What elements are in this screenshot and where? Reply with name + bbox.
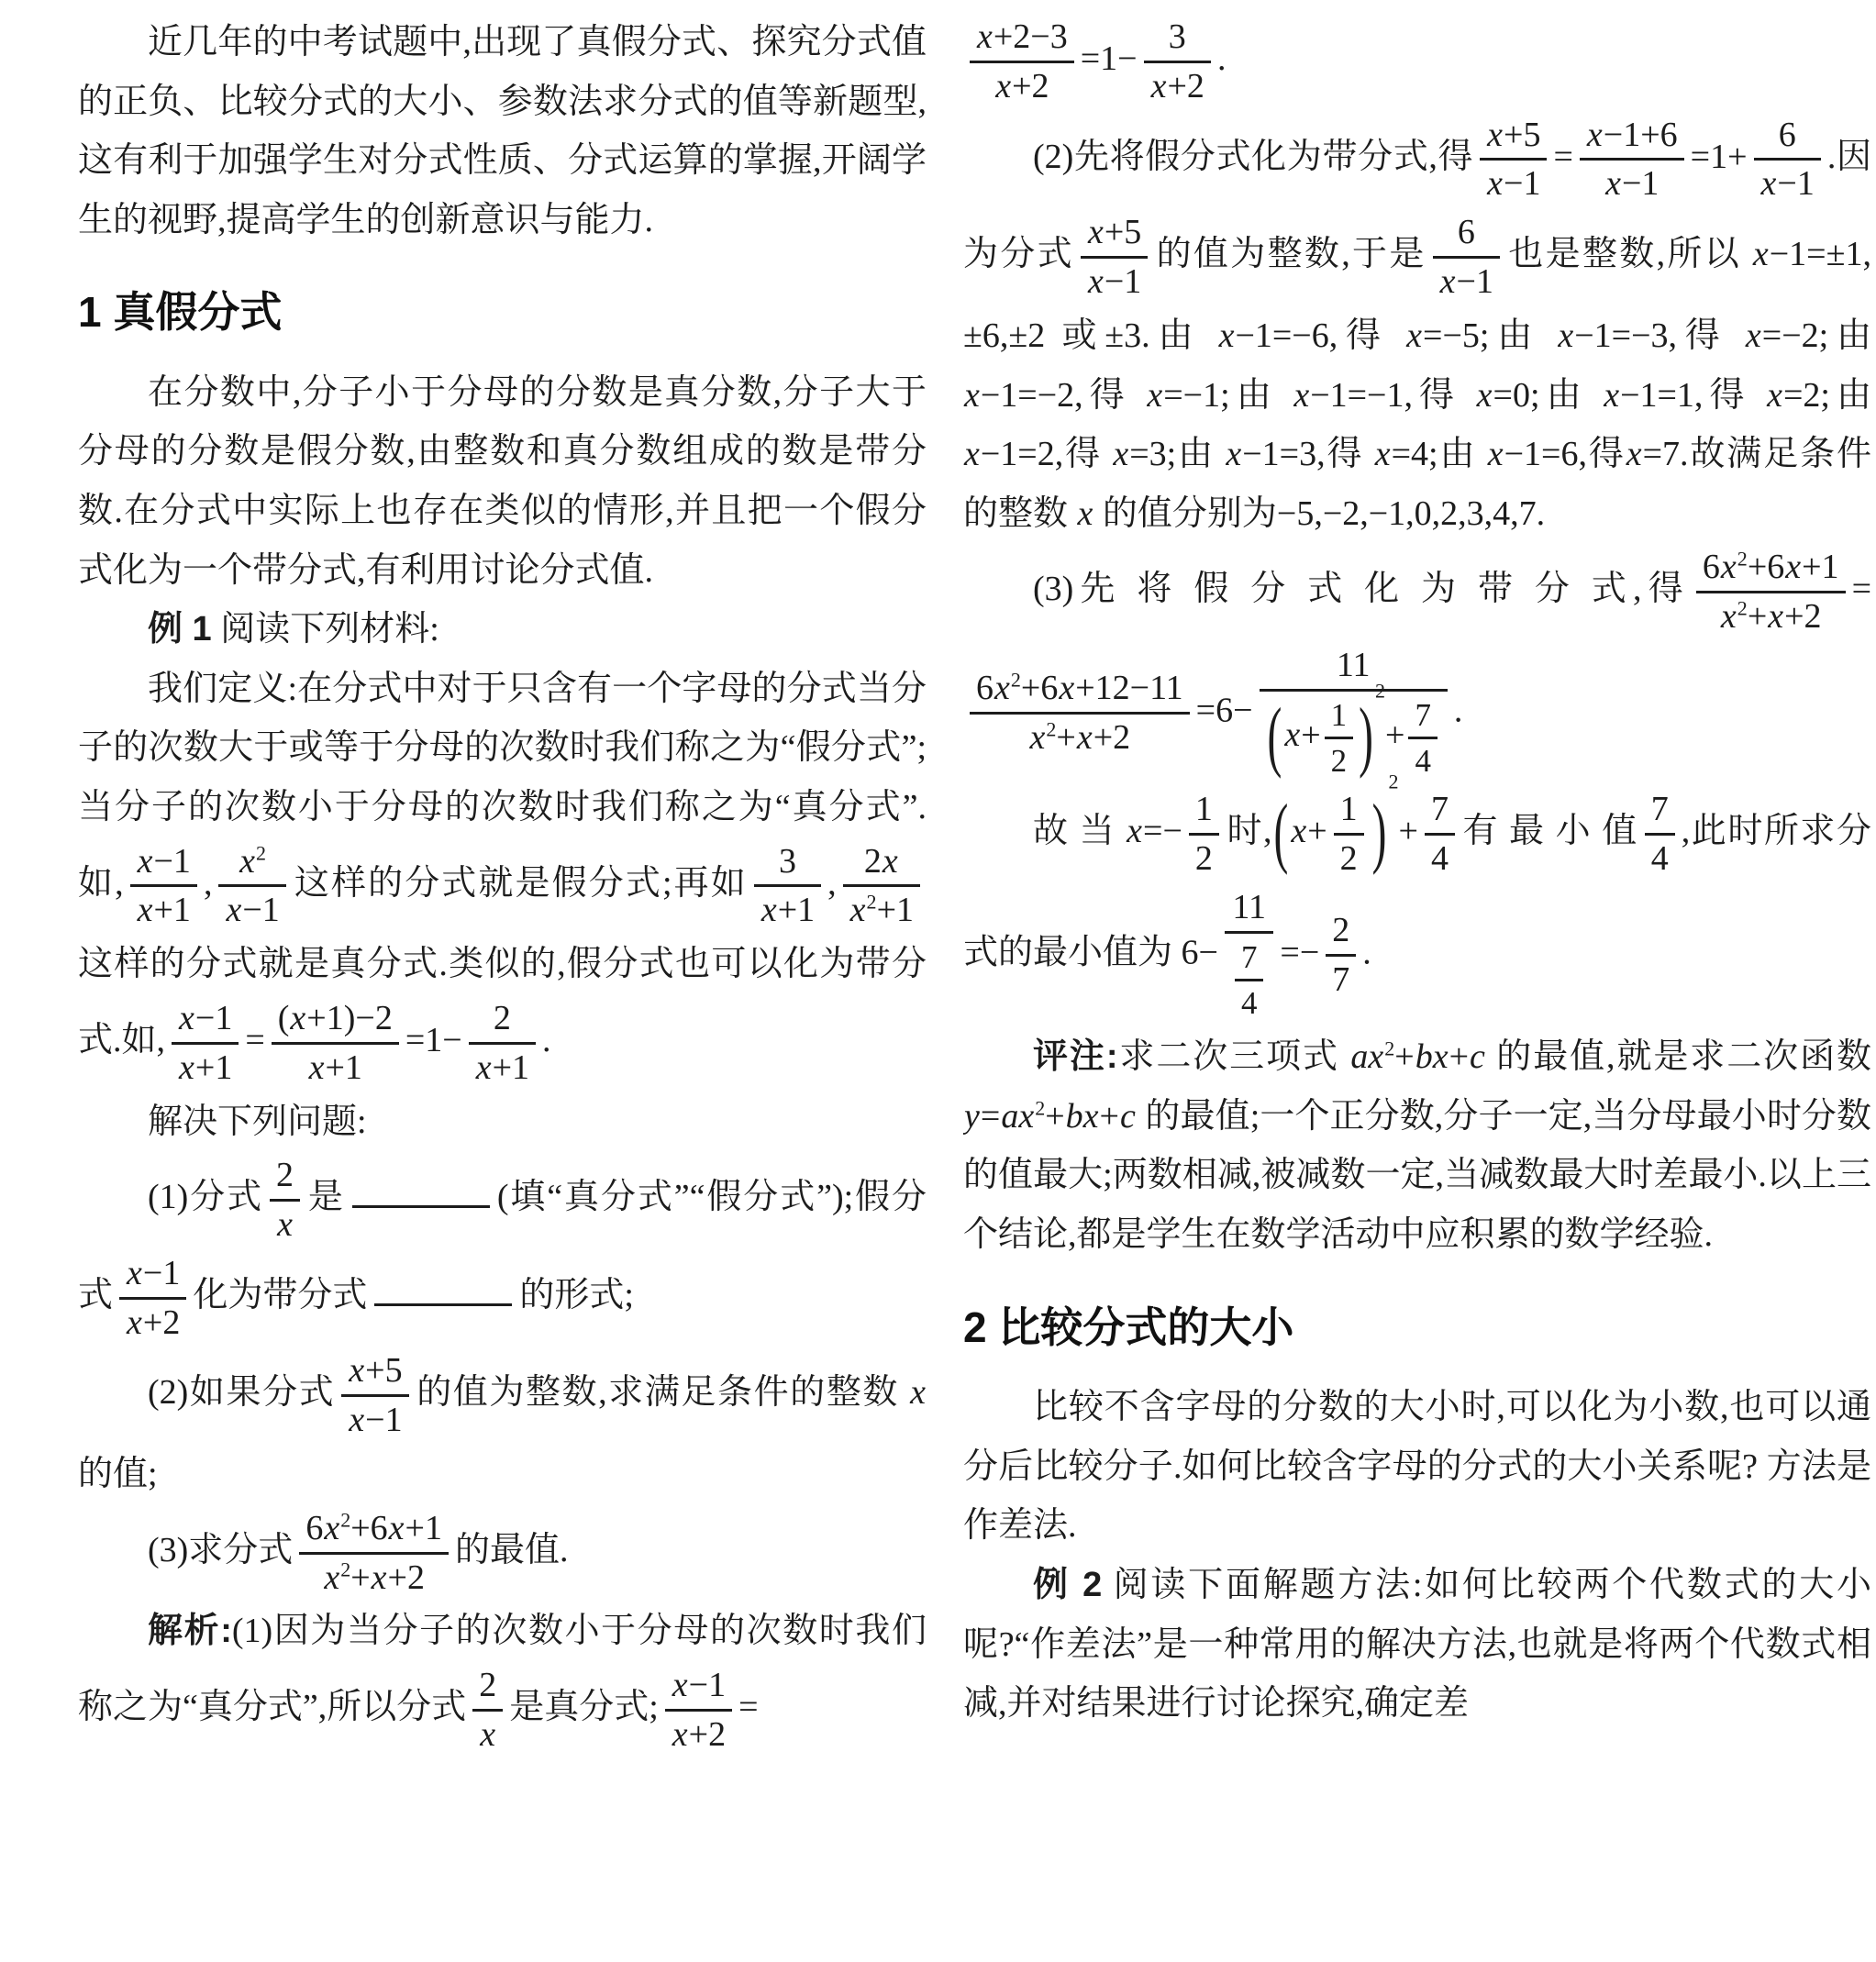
denominator: 4 <box>1645 836 1675 880</box>
fraction: 2x+1 <box>469 998 536 1089</box>
text-run: 3 <box>1169 17 1186 56</box>
denominator: (x+12)2+74 <box>1260 692 1448 781</box>
text-run: = <box>738 1688 758 1726</box>
math-variable: x <box>137 891 154 929</box>
math-variable: x <box>1486 164 1504 203</box>
numerator: 11 <box>1260 645 1448 692</box>
denominator: x2+x+2 <box>970 715 1190 759</box>
math-variable: ax <box>1349 1037 1384 1076</box>
text-run: 是真分式; <box>509 1688 659 1726</box>
fraction: 74 <box>1235 938 1263 1022</box>
text-run: 故 当 <box>1033 812 1126 850</box>
math-variable: x <box>225 891 242 929</box>
denominator: x2+x+2 <box>1696 593 1846 637</box>
math-variable: x <box>323 1509 340 1547</box>
text-run: =1− <box>405 1021 462 1059</box>
text-run: =0;由 <box>1493 376 1604 415</box>
text-run: −1 <box>365 1401 402 1439</box>
text-run: −1=−6,得 <box>1235 316 1405 355</box>
denominator: x+1 <box>469 1045 536 1089</box>
text-run: +1 <box>493 1048 529 1087</box>
fraction: 2x <box>270 1155 300 1246</box>
paren-content: x+12 <box>1290 785 1370 883</box>
text-run: 3 <box>779 842 796 881</box>
text-run: 求二次三项式 <box>1118 1037 1350 1076</box>
math-variable: x <box>178 999 195 1037</box>
text-run: (3)先 将 假 分 式 化 为 带 分 式,得 <box>1033 570 1690 608</box>
numerator: x−1 <box>119 1253 186 1300</box>
denominator: x−1 <box>1433 259 1500 303</box>
problems-lead-line: 解决下列问题: <box>78 1092 927 1152</box>
numerator: 2 <box>472 1665 503 1712</box>
text-run: +2 <box>689 1715 726 1754</box>
denominator: x2+1 <box>843 887 920 931</box>
numerator: 6x2+6x+1 <box>1696 547 1846 593</box>
math-variable: x <box>976 17 994 56</box>
math-variable: x <box>1293 376 1310 415</box>
text-run: −1 <box>1504 164 1540 203</box>
text-run: = <box>1553 138 1572 176</box>
text-run: +6 <box>1021 669 1058 707</box>
denominator: x+2 <box>1144 63 1211 107</box>
fraction: 74 <box>1425 789 1455 880</box>
fraction: 11(x+12)2+74 <box>1260 645 1448 781</box>
text-run: 的值为整数,于是 <box>1154 235 1426 273</box>
fraction: (x+1)−2x+1 <box>272 998 399 1089</box>
text-run: + <box>350 1558 370 1597</box>
fraction: x−1x+1 <box>172 998 239 1089</box>
denominator: 4 <box>1425 836 1455 880</box>
numerator: x2 <box>218 841 285 888</box>
fraction: 6x2+6x+1x2+x+2 <box>299 1508 449 1599</box>
left-column: 近几年的中考试题中,出现了真假分式、探究分式值的正负、比较分式的大小、参数法求分… <box>78 13 927 1962</box>
text-run: , <box>827 864 837 903</box>
text-run: 这样的分式就是假分式;再如 <box>293 864 748 903</box>
fraction: 6x−1 <box>1433 212 1500 303</box>
text-run: 的值; <box>78 1455 158 1493</box>
fraction: 6x−1 <box>1754 115 1821 205</box>
math-variable: x <box>1218 316 1236 355</box>
math-variable: x <box>1058 669 1075 707</box>
fraction: 2xx2+1 <box>843 841 920 932</box>
math-variable: x <box>1225 435 1242 473</box>
math-variable: x <box>1476 376 1493 415</box>
numerator: x+5 <box>1480 115 1547 161</box>
text-run: + <box>1301 715 1320 754</box>
denominator: x−1 <box>341 1397 408 1441</box>
math-variable: x <box>137 842 154 881</box>
section-2-heading: 2 比较分式的大小 <box>963 1302 1871 1355</box>
text-run: (2)先将假分式化为带分式,得 <box>1033 138 1473 176</box>
right-column: x+2−3x+2=1−3x+2.(2)先将假分式化为带分式,得x+5x−1=x−… <box>963 13 1871 1962</box>
text-run: +12−11 <box>1075 669 1182 707</box>
text-run: +1)−2 <box>306 999 393 1037</box>
text-run: 2 <box>864 842 882 881</box>
math-variable: x <box>1603 376 1620 415</box>
numerator: 6x2+6x+1 <box>299 1508 449 1555</box>
math-variable: x <box>849 891 867 929</box>
text-run: 11 <box>1337 646 1371 684</box>
numerator: x−1+6 <box>1580 115 1684 161</box>
text-run: =−2;由 <box>1762 316 1871 355</box>
fraction: 12 <box>1189 789 1219 880</box>
text-run: −1=−2,得 <box>981 376 1146 415</box>
text-run: +6 <box>350 1509 387 1547</box>
text-run: =3;由 <box>1129 435 1225 473</box>
text-run: +2−3 <box>994 17 1068 56</box>
math-variable: x <box>1720 597 1737 636</box>
denominator: x+1 <box>272 1045 399 1089</box>
fraction: 74 <box>1408 696 1437 780</box>
bold-label: 评注: <box>1033 1037 1118 1076</box>
superscript: 2 <box>256 841 266 864</box>
text-run: 1 <box>1331 697 1347 733</box>
text-run: 2 <box>1332 911 1349 949</box>
numerator: 2x <box>843 841 920 888</box>
minimum-value-paragraph: 故 当 x=−12时,(x+12)2+74有 最 小 值74,此时所求分式的最小… <box>963 785 1871 1027</box>
text-run: . <box>1217 39 1227 78</box>
text-run: 6 <box>1779 116 1796 154</box>
fraction: x+5x−1 <box>1480 115 1547 205</box>
math-variable: x <box>760 891 778 929</box>
text-run: 2 <box>1195 839 1213 878</box>
text-run: ( <box>278 999 290 1037</box>
superscript: 2 <box>867 891 877 914</box>
fraction: x+5x−1 <box>1081 212 1148 303</box>
text-run: 4 <box>1651 839 1669 878</box>
text-run: −1=2,得 <box>981 435 1113 473</box>
numerator: x−1 <box>172 998 239 1045</box>
math-variable: x <box>1087 213 1105 251</box>
solution-3-paragraph: (3)先 将 假 分 式 化 为 带 分 式,得6x2+6x+1x2+x+2=6… <box>963 543 1871 785</box>
text-run: . <box>1454 691 1463 729</box>
fraction: 6x2+6x+12−11x2+x+2 <box>970 668 1190 759</box>
denominator: x−1 <box>1580 161 1684 205</box>
text-run: + <box>1045 1097 1064 1136</box>
text-run: +6 <box>1748 548 1784 586</box>
denominator: x+1 <box>172 1045 239 1089</box>
bold-label: 解析: <box>148 1612 232 1650</box>
text-run: +5 <box>365 1351 402 1390</box>
text-run: +1 <box>1802 548 1838 586</box>
numerator: x−1 <box>665 1665 732 1712</box>
math-variable: x <box>348 1351 365 1390</box>
text-run: 的最值. <box>455 1531 569 1569</box>
math-variable: x <box>1766 376 1783 415</box>
text-run: 1 <box>1195 790 1213 828</box>
math-variable: x <box>1290 812 1307 850</box>
paren-content: x+12 <box>1283 694 1357 781</box>
math-variable: x <box>1487 435 1504 473</box>
fraction: x−1x+2 <box>119 1253 186 1344</box>
math-variable: x <box>1720 548 1737 586</box>
denominator: x+2 <box>665 1712 732 1756</box>
fraction: 27 <box>1326 910 1356 1001</box>
text-run: −1=−1,得 <box>1310 376 1475 415</box>
denominator: 4 <box>1235 981 1263 1022</box>
text-run: +1 <box>778 891 815 929</box>
text-run: =2;由 <box>1783 376 1871 415</box>
math-variable: x <box>1283 715 1301 754</box>
math-variable: ax <box>1000 1097 1035 1136</box>
section-1-heading: 1 真假分式 <box>78 286 927 339</box>
text-run: +2 <box>1168 67 1204 105</box>
math-variable: x <box>308 1048 326 1087</box>
math-variable: x <box>126 1303 143 1342</box>
materials-paragraph: 我们定义:在分式中对于只含有一个字母的分式当分子的次数大于或等于分母的次数时我们… <box>78 660 927 1092</box>
math-variable: x <box>1126 812 1143 850</box>
right-paren-glyph: ) <box>1371 795 1389 874</box>
math-variable: x <box>323 1558 340 1597</box>
section-1-intro-paragraph: 在分数中,分子小于分母的分数是真分数,分子大于分母的分数是假分数,由整数和真分数… <box>78 363 927 600</box>
text-run: 是 <box>306 1178 345 1216</box>
superscript: 2 <box>1384 1037 1394 1060</box>
superscript: 2 <box>340 1508 350 1531</box>
denominator: 2 <box>1189 836 1219 880</box>
text-run: 的值为整数,求满足条件的整数 <box>416 1373 910 1412</box>
solution-1-continuation-formula: x+2−3x+2=1−3x+2. <box>963 13 1871 111</box>
math-variable: x <box>1752 235 1770 273</box>
numerator: 3 <box>754 841 821 888</box>
text-run: −1 <box>1457 262 1493 301</box>
math-variable: x <box>1767 597 1784 636</box>
denominator: x−1 <box>1081 259 1148 303</box>
numerator: 7 <box>1408 696 1437 739</box>
text-run: 的形式; <box>519 1276 634 1314</box>
math-variable: x <box>994 67 1012 105</box>
math-variable: x <box>388 1509 405 1547</box>
bold-label: 例 1 <box>148 610 212 648</box>
math-variable: x <box>1112 435 1129 473</box>
text-run: 11 <box>1232 888 1266 926</box>
text-run: + <box>1449 1037 1469 1076</box>
math-variable: c <box>1469 1037 1486 1076</box>
denominator: x2+x+2 <box>299 1555 449 1599</box>
numerator: 3 <box>1144 17 1211 63</box>
text-run: 7 <box>1651 790 1669 828</box>
text-run: =− <box>1143 812 1182 850</box>
text-run: , <box>204 864 213 903</box>
math-variable: x <box>1405 316 1423 355</box>
denominator: x <box>472 1712 503 1756</box>
text-run: −1 <box>1777 164 1814 203</box>
text-run: + <box>1748 597 1767 636</box>
math-variable: x <box>126 1254 143 1292</box>
text-run: +1 <box>326 1048 362 1087</box>
text-run: 时, <box>1226 812 1272 850</box>
numerator: 11 <box>1225 887 1273 934</box>
denominator: x−1 <box>1754 161 1821 205</box>
problem-2-paragraph: (2)如果分式x+5x−1的值为整数,求满足条件的整数 x 的值; <box>78 1347 927 1503</box>
text-run: =1− <box>1081 39 1138 78</box>
fill-in-blank <box>374 1270 512 1306</box>
fraction: x−1+6x−1 <box>1580 115 1684 205</box>
text-run: −1=−3,得 <box>1574 316 1745 355</box>
text-run: =−1;由 <box>1163 376 1293 415</box>
text-run: 4 <box>1415 743 1430 779</box>
text-run: +2 <box>143 1303 180 1342</box>
text-run: −1 <box>1622 164 1659 203</box>
numerator: 2 <box>1326 910 1356 957</box>
solution-2-paragraph: (2)先将假分式化为带分式,得x+5x−1=x−1+6x−1=1+6x−1.因为… <box>963 111 1871 544</box>
text-run: +1 <box>877 891 914 929</box>
right-paren-glyph: ) <box>1357 699 1375 778</box>
denominator: x+2 <box>970 63 1074 107</box>
numerator: 1 <box>1189 789 1219 836</box>
text-run: −1 <box>1105 262 1141 301</box>
text-run: . <box>1362 933 1371 971</box>
text-run: 7 <box>1431 790 1449 828</box>
denominator: x <box>270 1202 300 1246</box>
text-run: +5 <box>1105 213 1141 251</box>
math-variable: x <box>963 435 981 473</box>
text-run: 6 <box>1458 213 1475 251</box>
math-variable: bx <box>1415 1037 1449 1076</box>
math-variable: x <box>672 1715 689 1754</box>
numerator: 7 <box>1645 789 1675 836</box>
math-variable: x <box>1626 435 1643 473</box>
text-run: −1 <box>242 891 279 929</box>
text-run: 6 <box>976 669 994 707</box>
math-variable: x <box>672 1666 689 1704</box>
denominator: x+1 <box>130 887 197 931</box>
math-variable: x <box>1784 548 1802 586</box>
math-variable: x <box>475 1048 493 1087</box>
math-variable: c <box>1119 1097 1137 1136</box>
text-run: +2 <box>388 1558 425 1597</box>
numerator: x+5 <box>341 1350 408 1397</box>
math-variable: x <box>289 999 306 1037</box>
text-run: −1 <box>143 1254 180 1292</box>
math-variable: x <box>909 1373 927 1412</box>
text-run: −1+6 <box>1604 116 1678 154</box>
text-run: 阅读下列材料: <box>212 610 439 648</box>
fraction: 2x <box>472 1665 503 1756</box>
numerator: x−1 <box>130 841 197 888</box>
text-run: = <box>981 1097 1000 1136</box>
numerator: 6 <box>1433 212 1500 259</box>
example-2-paragraph: 例 2 阅读下面解题方法:如何比较两个代数式的大小呢?“作差法”是一种常用的解决… <box>963 1556 1871 1734</box>
math-variable: x <box>1604 164 1622 203</box>
text-run: (2)如果分式 <box>148 1373 335 1412</box>
text-run: −1 <box>154 842 191 881</box>
text-run: (1)分式 <box>148 1178 263 1216</box>
numerator: 2 <box>270 1155 300 1202</box>
math-variable: x <box>1077 494 1094 533</box>
text-run: 2 <box>1340 839 1358 878</box>
math-variable: x <box>1150 67 1168 105</box>
math-variable: x <box>1087 262 1105 301</box>
denominator: 2 <box>1325 739 1353 780</box>
text-run: 4 <box>1431 839 1449 878</box>
text-run: 6 <box>1703 548 1720 586</box>
text-run: (3)求分式 <box>148 1531 293 1569</box>
text-run: =6− <box>1196 691 1253 729</box>
numerator: 6x2+6x+12−11 <box>970 668 1190 715</box>
math-variable: x <box>1146 376 1163 415</box>
fill-in-blank <box>352 1172 490 1208</box>
text-run: 的最值,就是求二次函数 <box>1486 1037 1871 1076</box>
fraction: x−1x+1 <box>130 841 197 932</box>
denominator: x−1 <box>1480 161 1547 205</box>
math-variable: x <box>178 1048 195 1087</box>
text-run: −1=6,得 <box>1504 435 1626 473</box>
math-variable: x <box>1557 316 1574 355</box>
text-run: 2 <box>494 999 511 1037</box>
text-run: = <box>1852 570 1871 608</box>
text-run: −1=1,得 <box>1620 376 1766 415</box>
text-run: +2 <box>1784 597 1821 636</box>
text-run: +1 <box>405 1509 442 1547</box>
fraction: 3x+1 <box>754 841 821 932</box>
math-variable: x <box>1760 164 1778 203</box>
fraction: 74 <box>1645 789 1675 880</box>
section-2-intro-paragraph: 比较不含字母的分数的大小时,可以化为小数,也可以通分后比较分子.如何比较含字母的… <box>963 1378 1871 1556</box>
document-page: 近几年的中考试题中,出现了真假分式、探究分式值的正负、比较分式的大小、参数法求分… <box>0 0 1876 1962</box>
text-run: 7 <box>1415 697 1430 733</box>
text-run: 2 <box>276 1156 294 1194</box>
superscript: 2 <box>1035 1096 1045 1119</box>
solution-1-paragraph: 解析:(1)因为当分子的次数小于分母的次数时我们称之为“真分式”,所以分式2x是… <box>78 1602 927 1758</box>
numerator: 6 <box>1754 115 1821 161</box>
fraction: x+5x−1 <box>341 1350 408 1441</box>
fraction: x−1x+2 <box>665 1665 732 1756</box>
numerator: x+5 <box>1081 212 1148 259</box>
superscript: 2 <box>340 1557 350 1580</box>
problem-1-paragraph: (1)分式2x是(填“真分式”“假分式”);假分式x−1x+2化为带分式的形式; <box>78 1151 927 1347</box>
text-run: 7 <box>1241 939 1257 975</box>
text-run: 比较不含字母的分数的大小时,可以化为小数,也可以通分后比较分子.如何比较含字母的… <box>963 1388 1871 1545</box>
text-run: 2 <box>1331 743 1347 779</box>
remark-paragraph: 评注:求二次三项式 ax2+bx+c 的最值,就是求二次函数 y=ax2+bx+… <box>963 1027 1871 1264</box>
text-run: −1=3,得 <box>1242 435 1374 473</box>
math-variable: x <box>371 1558 388 1597</box>
denominator: x−1 <box>218 887 285 931</box>
numerator: 7 <box>1235 938 1263 981</box>
text-run: =1+ <box>1691 138 1748 176</box>
denominator: 4 <box>1408 739 1437 780</box>
superscript: 2 <box>1046 717 1056 740</box>
problem-3-paragraph: (3)求分式6x2+6x+1x2+x+2的最值. <box>78 1504 927 1602</box>
math-variable: x <box>348 1401 365 1439</box>
text-run: +5 <box>1504 116 1540 154</box>
text-run: 化为带分式 <box>193 1276 367 1314</box>
fraction: x+2−3x+2 <box>970 17 1074 107</box>
math-variable: x <box>1029 718 1047 757</box>
parenthesized-expression: (x+12)2 <box>1266 694 1385 781</box>
text-run: + <box>1385 715 1404 754</box>
text-run: 在分数中,分子小于分母的分数是真分数,分子大于分母的分数是假分数,由整数和真分数… <box>78 373 927 590</box>
left-paren-glyph: ( <box>1266 699 1284 778</box>
text-run: 的值分别为−5,−2,−1,0,2,3,4,7. <box>1093 494 1545 533</box>
text-run: =−5;由 <box>1423 316 1557 355</box>
fraction: 12 <box>1334 789 1364 880</box>
text-run: −1 <box>195 999 232 1037</box>
numerator: 1 <box>1334 789 1364 836</box>
math-variable: x <box>1745 316 1762 355</box>
denominator: x+1 <box>754 887 821 931</box>
fraction: 6x2+6x+1x2+x+2 <box>1696 547 1846 637</box>
denominator: x+2 <box>119 1300 186 1344</box>
numerator: (x+1)−2 <box>272 998 399 1045</box>
text-run: 7 <box>1332 960 1349 999</box>
text-run: + <box>1307 812 1327 850</box>
denominator: 74 <box>1225 934 1273 1024</box>
numerator: x+2−3 <box>970 17 1074 63</box>
denominator: 2 <box>1334 836 1364 880</box>
text-run: + <box>1399 812 1418 850</box>
text-run: +1 <box>195 1048 232 1087</box>
